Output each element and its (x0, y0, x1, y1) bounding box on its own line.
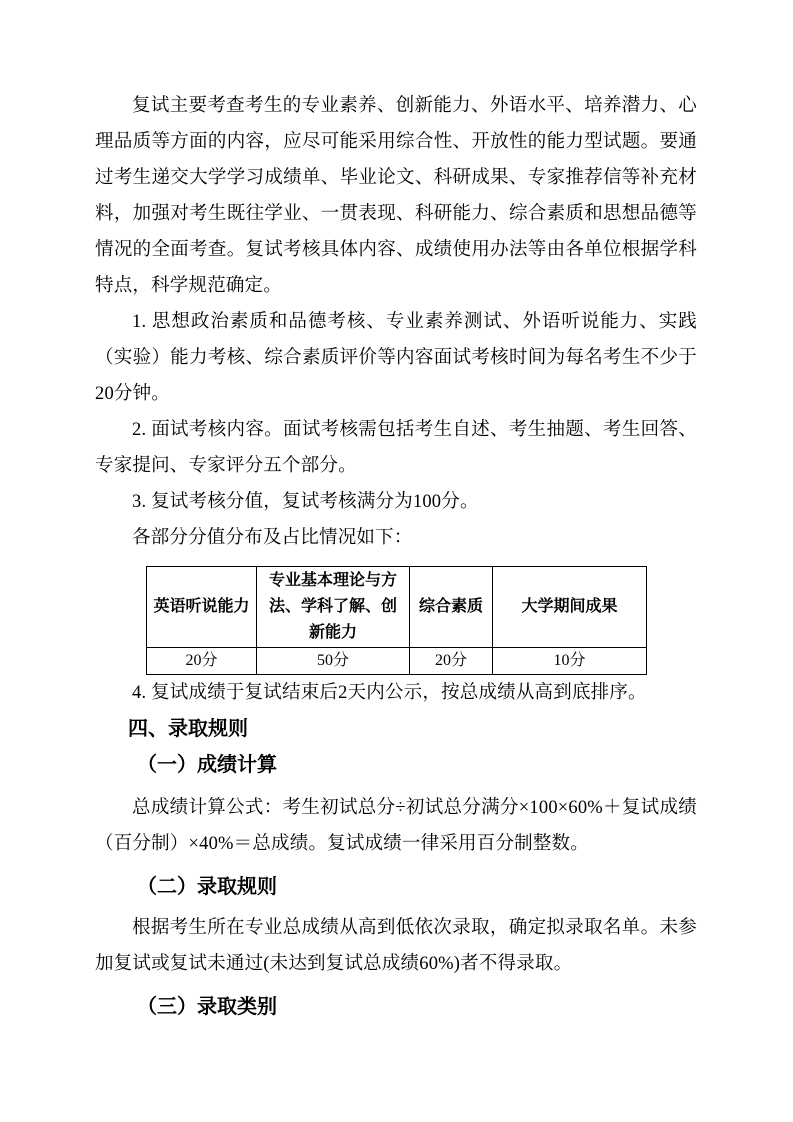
list-item-2: 2. 面试考核内容。面试考核需包括考生自述、考生抽题、考生回答、专家提问、专家评… (95, 412, 697, 484)
list-item-3: 3. 复试考核分值，复试考核满分为100分。 (95, 484, 697, 520)
paragraph-formula: 总成绩计算公式：考生初试总分÷初试总分满分×100×60%＋复试成绩（百分制）×… (95, 790, 697, 862)
paragraph-admission: 根据考生所在专业总成绩从高到低依次录取，确定拟录取名单。未参加复试或复试未通过(… (95, 910, 697, 982)
table-header-english-listening: 英语听说能力 (147, 567, 257, 648)
table-header-comprehensive-quality: 综合素质 (410, 567, 493, 648)
list-item-1: 1. 思想政治素质和品德考核、专业素养测试、外语听说能力、实践（实验）能力考核、… (95, 304, 697, 412)
subsection-heading-admission-rule: （二）录取规则 (95, 869, 697, 905)
table-value-professional-theory: 50分 (257, 648, 410, 675)
table-header-row: 英语听说能力 专业基本理论与方法、学科了解、创新能力 综合素质 大学期间成果 (147, 567, 647, 648)
list-item-4: 4. 复试成绩于复试结束后2天内公示，按总成绩从高到底排序。 (95, 675, 697, 711)
score-distribution-table: 英语听说能力 专业基本理论与方法、学科了解、创新能力 综合素质 大学期间成果 2… (146, 566, 647, 675)
table-intro: 各部分分值分布及占比情况如下： (95, 520, 697, 556)
document-page: 复试主要考查考生的专业素养、创新能力、外语水平、培养潜力、心理品质等方面的内容，… (0, 0, 793, 1122)
table-value-comprehensive-quality: 20分 (410, 648, 493, 675)
page-content: 复试主要考查考生的专业素养、创新能力、外语水平、培养潜力、心理品质等方面的内容，… (0, 0, 793, 1025)
paragraph-overview: 复试主要考查考生的专业素养、创新能力、外语水平、培养潜力、心理品质等方面的内容，… (95, 88, 697, 304)
table-value-university-achievements: 10分 (493, 648, 647, 675)
table-header-professional-theory: 专业基本理论与方法、学科了解、创新能力 (257, 567, 410, 648)
table-value-english-listening: 20分 (147, 648, 257, 675)
table-value-row: 20分 50分 20分 10分 (147, 648, 647, 675)
section-heading-admission-rules: 四、录取规则 (95, 711, 697, 747)
subsection-heading-admission-category: （三）录取类别 (95, 989, 697, 1025)
subsection-heading-score-calculation: （一）成绩计算 (95, 747, 697, 783)
table-header-university-achievements: 大学期间成果 (493, 567, 647, 648)
